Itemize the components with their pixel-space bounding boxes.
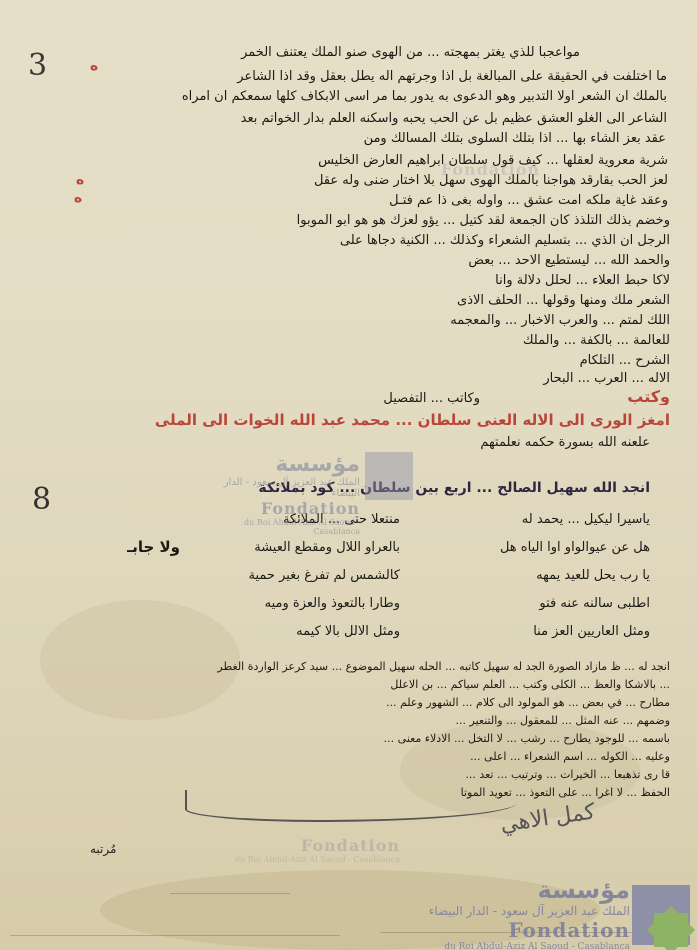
rubric-line: وكتب [500, 388, 670, 405]
watermark-logo [365, 452, 413, 500]
commentary-line: مطارح ... في بعض ... هو المولود الى كلام… [60, 694, 670, 711]
watermark-arabic-subtitle: الملك عبد العزيز آل سعود - الدار البيضاء [200, 477, 360, 499]
watermark-latin-subtitle: du Roi Abdul-Aziz Al Saoud - Casablanca [230, 855, 400, 864]
foundation-logo [632, 885, 690, 945]
watermark-bottom-right: مؤسسة الملك عبد العزيز آل سعود - الدار ا… [400, 876, 630, 950]
watermark-latin-title: Fondation [400, 918, 630, 942]
commentary-line: وعليه ... الكوله ... اسم الشعراء ... اعل… [60, 748, 670, 765]
prose-line: وخضم بذلك التلذذ كان الجمعة لقد كتيل ...… [60, 212, 670, 229]
paper-crack [10, 935, 340, 936]
commentary-line: قا رى تذهبعا ... الخيرات ... وترتيب ... … [60, 766, 670, 783]
closing-line: علعنه الله بسورة حكمه نعلمتهم [250, 434, 650, 451]
watermark-upper-right: Fondation [420, 160, 540, 179]
verse-left: وطارا بالتعوذ والعزة وميه [180, 596, 400, 611]
watermark-center: مؤسسة الملك عبد العزيز آل سعود - الدار ا… [200, 452, 360, 536]
watermark-latin-title: Fondation [230, 836, 400, 855]
commentary-line: انجد له ... ظ مازاد الصورة الجد له سهيل … [60, 658, 670, 675]
prose-line: لعز الحب بقارقد هواجنا بالملك الهوى سهل … [108, 172, 668, 189]
verse-left: كالشمس لم تفرغ بغير حمية [180, 568, 400, 583]
watermark-latin-title: Fondation [420, 160, 540, 179]
prose-line: الشاعر الى الغلو العشق عظيم بل عن الحب ي… [72, 110, 667, 127]
commentary-line: وضمهم ... عنه المثل ... للمعقول ... والت… [60, 712, 670, 729]
commentary-line: ... بالاشكا والعظ ... الكلى وكتب ... الع… [60, 676, 670, 693]
rubric-line: امغز الورى الى الاله العنى سلطان ... محم… [100, 410, 670, 430]
prose-line: عقد بعز الشاء بها ... اذا بتلك السلوى بت… [76, 130, 666, 147]
logo-star-icon [654, 913, 688, 947]
verse-right: هل عن عيوالواو اوا الياه هل [430, 540, 650, 555]
prose-line: الشعر ملك ومنها وقولها ... الحلف الاذى [60, 292, 670, 309]
verse-right: ياسيرا ليكيل ... يحمد له [430, 512, 650, 527]
red-verse-mark: ه [76, 172, 84, 188]
prose-line: وعقد غاية ملكه امت عشق ... واوله بغى ذا … [108, 192, 668, 209]
prose-line: الشرح ... التلكام [60, 352, 670, 369]
verse-left: ومثل الالل بالا كيمه [180, 624, 400, 639]
margin-number: 8 [32, 482, 51, 517]
prose-line: الرجل ان الذي ... بتسليم الشعراء وكذلك .… [60, 232, 670, 249]
red-verse-mark: ه [74, 190, 82, 206]
manuscript-page: 3 ه ه ه مواعجبا للذي يغتر بمهجته ... من … [0, 0, 697, 950]
watermark-latin-subtitle: du Roi Abdul-Aziz Al Saoud - Casablanca [400, 942, 630, 950]
verse-right: ومثل العاريين العز منا [430, 624, 650, 639]
verse-right: اطلبى سالنه عنه فتو [430, 596, 650, 611]
watermark-lower-center: Fondation du Roi Abdul-Aziz Al Saoud - C… [230, 836, 400, 864]
prose-line: اللك لمتم ... والعرب الاخبار ... والمعجم… [60, 312, 670, 329]
prose-line: شرية معروية لعقلها ... كيف قول سلطان ابر… [68, 152, 668, 169]
watermark-latin-title: Fondation [200, 499, 360, 518]
prose-line: بالملك ان الشعر اولا التدبير وهو الدعوى … [72, 88, 667, 105]
prose-line: والحمد الله ... ليستطيع الاحد ... بعض [60, 252, 670, 269]
verse-right: يا رب يحل للعيد يمهه [430, 568, 650, 583]
prose-line: مواعجبا للذي يغتر بمهجته ... من الهوى صن… [110, 44, 580, 61]
pencil-stroke [185, 790, 517, 822]
watermark-arabic-title: مؤسسة [200, 452, 360, 477]
commentary-line: باسمه ... للوجود يطارح ... رشب ... لا ال… [60, 730, 670, 747]
watermark-arabic-subtitle: الملك عبد العزيز آل سعود - الدار البيضاء [400, 904, 630, 918]
prose-line: الاله ... العرب ... البحار [60, 370, 670, 387]
paper-crack [170, 893, 290, 894]
watermark-latin-subtitle: du Roi Abdul-Aziz Al Saoud - Casablanca [200, 518, 360, 536]
verse-rubric: ولا جابـ [80, 538, 180, 556]
prose-line: وكاتب ... التفصيل [60, 390, 480, 407]
catchword: مُرتبه [90, 842, 116, 856]
folio-number: 3 [28, 48, 47, 83]
watermark-arabic-title: مؤسسة [400, 876, 630, 904]
prose-line: لاكا حبط العلاء ... لحلل دلالة وانا [60, 272, 670, 289]
prose-line: ما اختلفت في الحقيقة على المبالغة بل اذا… [72, 68, 667, 85]
prose-line: للعالمة ... بالكفة ... والملك [60, 332, 670, 349]
verse-left: بالعراو اللال ومقطع العيشة [180, 540, 400, 555]
